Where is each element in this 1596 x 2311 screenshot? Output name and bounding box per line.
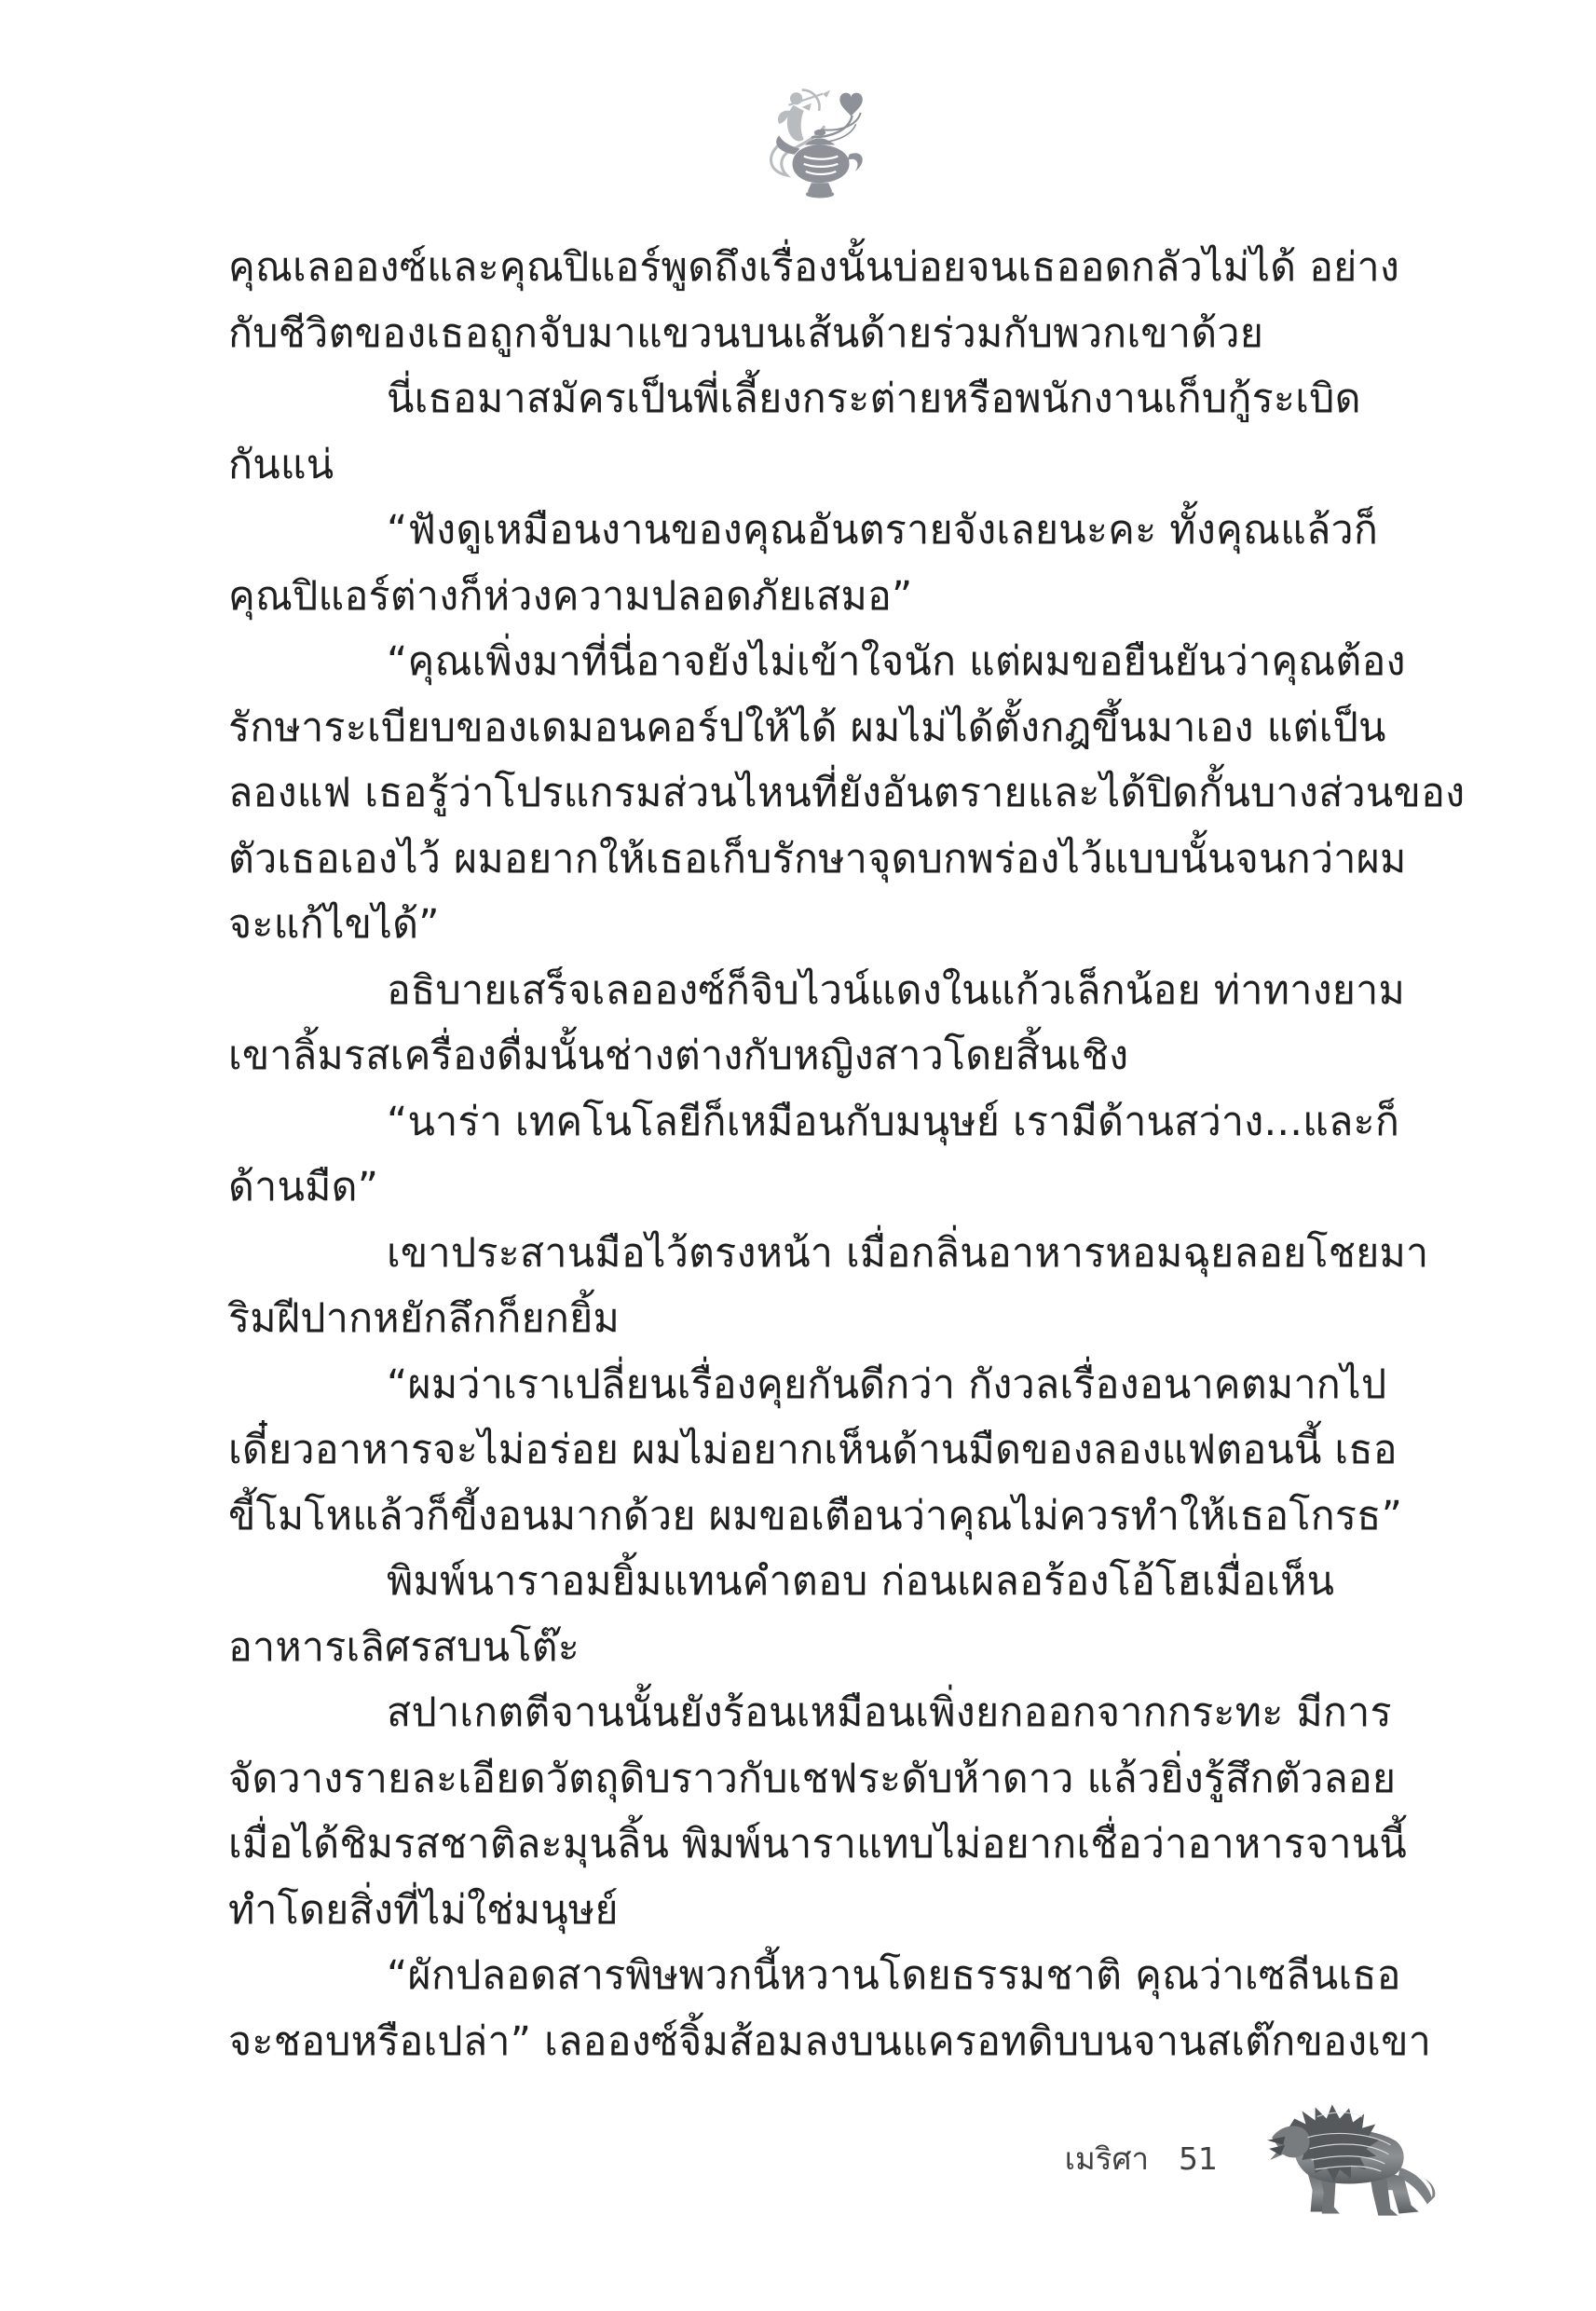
text-line: พิมพ์นาราอมยิ้มแทนคำตอบ ก่อนเผลอร้องโอ้โ… <box>228 1549 1382 1615</box>
text-line: อธิบายเสร็จเลอองซ์ก็จิบไวน์แดงในแก้วเล็ก… <box>228 958 1382 1024</box>
text-line: เขาลิ้มรสเครื่องดื่มนั้นช่างต่างกับหญิงส… <box>228 1023 1382 1089</box>
text-line: “นาร่า เทคโนโลยีก็เหมือนกับมนุษย์ เรามีด… <box>228 1089 1382 1155</box>
text-line: ขี้โมโหแล้วก็ขี้งอนมากด้วย ผมขอเตือนว่าค… <box>228 1484 1382 1550</box>
text-line: กับชีวิตของเธอถูกจับมาแขวนบนเส้นด้ายร่วม… <box>228 301 1382 367</box>
text-line: เมื่อได้ชิมรสชาติละมุนลิ้น พิมพ์นาราแทบไ… <box>228 1812 1382 1878</box>
text-line: ลองแฟ เธอรู้ว่าโปรแกรมส่วนไหนที่ยังอันตร… <box>228 760 1382 827</box>
text-line: ตัวเธอเองไว้ ผมอยากให้เธอเก็บรักษาจุดบกพ… <box>228 827 1382 893</box>
page-footer: เมริศา 51 <box>1065 2134 1218 2183</box>
engraved-lion-icon <box>1261 2099 1439 2229</box>
text-line: ทำโดยสิ่งที่ไม่ใช่มนุษย์ <box>228 1878 1382 1944</box>
page-number: 51 <box>1179 2140 1218 2177</box>
text-line: คุณเลอองซ์และคุณปิแอร์พูดถึงเรื่องนั้นบ่… <box>228 235 1382 301</box>
text-line: “ฟังดูเหมือนงานของคุณอันตรายจังเลยนะคะ ท… <box>228 498 1382 564</box>
text-line: ด้านมืด” <box>228 1155 1382 1221</box>
text-line: เขาประสานมือไว้ตรงหน้า เมื่อกลิ่นอาหารหอ… <box>228 1221 1382 1287</box>
text-line: นี่เธอมาสมัครเป็นพี่เลี้ยงกระต่ายหรือพนั… <box>228 366 1382 432</box>
text-line: กันแน่ <box>228 432 1382 499</box>
text-line: “ผมว่าเราเปลี่ยนเรื่องคุยกันดีกว่า กังวล… <box>228 1352 1382 1418</box>
text-line: อาหารเลิศรสบนโต๊ะ <box>228 1615 1382 1681</box>
genie-lamp-cupid-heart-icon <box>762 84 876 203</box>
text-column: คุณเลอองซ์และคุณปิแอร์พูดถึงเรื่องนั้นบ่… <box>228 235 1382 2074</box>
text-line: จะชอบหรือเปล่า” เลอองซ์จิ้มส้อมลงบนแครอท… <box>228 2009 1382 2075</box>
text-line: “คุณเพิ่งมาที่นี่อาจยังไม่เข้าใจนัก แต่ผ… <box>228 629 1382 695</box>
text-line: “ผักปลอดสารพิษพวกนี้หวานโดยธรรมชาติ คุณว… <box>228 1943 1382 2009</box>
book-page: คุณเลอองซ์และคุณปิแอร์พูดถึงเรื่องนั้นบ่… <box>0 0 1596 2311</box>
text-line: สปาเกตตีจานนั้นยังร้อนเหมือนเพิ่งยกออกจา… <box>228 1680 1382 1746</box>
text-line: ริมฝีปากหยักลึกก็ยกยิ้ม <box>228 1286 1382 1352</box>
text-line: จะแก้ไขได้” <box>228 892 1382 958</box>
text-line: จัดวางรายละเอียดวัตถุดิบราวกับเชฟระดับห้… <box>228 1746 1382 1812</box>
running-title: เมริศา <box>1065 2134 1149 2183</box>
text-line: เดี๋ยวอาหารจะไม่อร่อย ผมไม่อยากเห็นด้านม… <box>228 1417 1382 1484</box>
text-line: คุณปิแอร์ต่างก็ห่วงความปลอดภัยเสมอ” <box>228 564 1382 630</box>
text-line: รักษาระเบียบของเดมอนคอร์ปให้ได้ ผมไม่ได้… <box>228 695 1382 761</box>
